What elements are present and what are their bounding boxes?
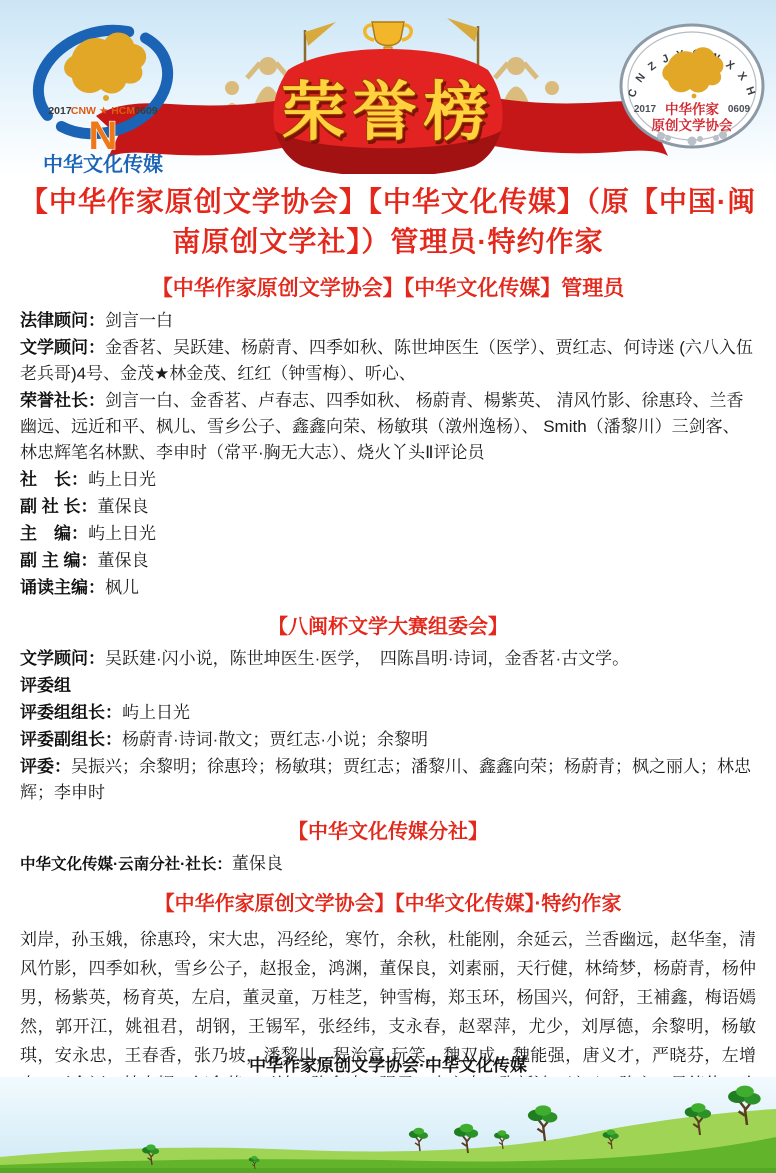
grass-strip — [0, 1168, 776, 1173]
admins-section: 法律顾问：剑言一白 文学顾问：金香茗、吴跃建、杨蔚青、四季如秋、陈世坤医生（医学… — [0, 304, 776, 601]
row-chief-editor: 主 编：屿上日光 — [20, 521, 756, 547]
row-honorary-presidents: 荣誉社长：剑言一白、金香茗、卢春志、四季如秋、 杨蔚青、楊紫英、 清风竹影、徐惠… — [20, 388, 756, 466]
row-label: 副 社 长： — [20, 497, 97, 516]
cnw-media-logo: 2017 CNW ★ HCM 0609 N 中华文化传媒 — [14, 18, 192, 176]
seal-org-line1: 中华作家 — [665, 101, 719, 117]
row-label: 社 长： — [20, 470, 88, 489]
section-heading-contracted-writers: 【中华作家原创文学协会】【中华文化传媒】·特约作家 — [0, 887, 776, 916]
page-title: 【中华作家原创文学协会】【中华文化传媒】（原【中国·闽南原创文学社】）管理员·特… — [6, 182, 770, 262]
row-value: 屿上日光 — [88, 470, 156, 489]
row-label: 荣誉社长： — [20, 391, 105, 410]
row-judges: 评委：吴振兴；余黎明；徐惠玲；杨敏琪；贾红志；潘黎川、鑫鑫向荣；杨蔚青；枫之丽人… — [20, 754, 756, 806]
row-value: 吴振兴；余黎明；徐惠玲；杨敏琪；贾红志；潘黎川、鑫鑫向荣；杨蔚青；枫之丽人；林忠… — [20, 757, 751, 802]
contest-committee-section: 文学顾问：吴跃建·闪小说，陈世坤医生·医学， 四陈昌明·诗词，金香茗·古文学。 … — [0, 642, 776, 806]
seal-org-line2: 原创文学协会 — [652, 117, 733, 133]
row-label: 副 主 编： — [20, 551, 97, 570]
row-recitation-editor: 诵读主编：枫儿 — [20, 575, 756, 601]
footer-org-line: 中华作家原创文学协会·中华文化传媒 — [0, 1051, 776, 1076]
row-value: 董保良 — [97, 551, 148, 570]
association-seal: C N Z J Y C W X X H 2017 0609 中华作家 原创文学协… — [616, 22, 768, 154]
logo-letter-n: N — [89, 114, 118, 158]
row-label: 评委组 — [20, 676, 71, 695]
row-judges-group: 评委组 — [20, 673, 756, 699]
row-label: 文学顾问： — [20, 338, 105, 357]
row-value: 金香茗、吴跃建、杨蔚青、四季如秋、陈世坤医生（医学）、贾红志、何诗迷 (六八入伍… — [20, 338, 753, 383]
row-value: 吴跃建·闪小说，陈世坤医生·医学， 四陈昌明·诗词，金香茗·古文学。 — [105, 649, 629, 668]
row-label: 诵读主编： — [20, 578, 105, 597]
honor-roll-poster: 荣誉榜 2017 CNW ★ HCM 0609 N 中华文化传媒 C N Z J… — [0, 0, 776, 1173]
row-judges-deputy-leaders: 评委副组长：杨蔚青·诗词·散文；贾红志·小说；余黎明 — [20, 727, 756, 753]
row-value: 董保良 — [232, 854, 283, 873]
row-value: 杨蔚青·诗词·散文；贾红志·小说；余黎明 — [122, 730, 428, 749]
row-label: 中华文化传媒·云南分社·社长： — [20, 856, 232, 873]
row-label: 评委副组长： — [20, 730, 122, 749]
row-judges-group-leader: 评委组组长：屿上日光 — [20, 700, 756, 726]
header-banner: 荣誉榜 2017 CNW ★ HCM 0609 N 中华文化传媒 C N Z J… — [0, 0, 776, 178]
section-heading-contest-committee: 【八闽杯文学大赛组委会】 — [0, 610, 776, 639]
row-label: 主 编： — [20, 524, 88, 543]
logo-year-right: 0609 — [134, 105, 158, 117]
row-vice-president: 副 社 长：董保良 — [20, 494, 756, 520]
row-value: 屿上日光 — [122, 703, 190, 722]
landscape-footer-graphic — [0, 1077, 776, 1173]
row-value: 剑言一白、金香茗、卢春志、四季如秋、 杨蔚青、楊紫英、 清风竹影、徐惠玲、兰香幽… — [20, 391, 743, 462]
row-value: 枫儿 — [105, 578, 139, 597]
row-label: 评委组组长： — [20, 703, 122, 722]
row-yunnan-branch-president: 中华文化传媒·云南分社·社长：董保良 — [20, 851, 756, 878]
row-deputy-chief-editor: 副 主 编：董保良 — [20, 548, 756, 574]
banner-title: 荣誉榜 — [282, 76, 495, 148]
row-literary-advisors: 文学顾问：金香茗、吴跃建、杨蔚青、四季如秋、陈世坤医生（医学）、贾红志、何诗迷 … — [20, 335, 756, 387]
section-heading-branches: 【中华文化传媒分社】 — [0, 815, 776, 844]
row-committee-literary-advisors: 文学顾问：吴跃建·闪小说，陈世坤医生·医学， 四陈昌明·诗词，金香茗·古文学。 — [20, 646, 756, 672]
row-value: 董保良 — [97, 497, 148, 516]
logo-org-name: 中华文化传媒 — [43, 152, 164, 176]
seal-year-right: 0609 — [728, 104, 751, 115]
row-label: 法律顾问： — [20, 311, 105, 330]
row-legal-advisor: 法律顾问：剑言一白 — [20, 308, 756, 334]
row-label: 评委： — [20, 757, 71, 776]
section-heading-admins: 【中华作家原创文学协会】【中华文化传媒】管理员 — [0, 272, 776, 302]
branches-section: 中华文化传媒·云南分社·社长：董保良 — [0, 847, 776, 878]
row-label: 文学顾问： — [20, 649, 105, 668]
row-value: 剑言一白 — [105, 311, 173, 330]
row-value: 屿上日光 — [88, 524, 156, 543]
seal-year-left: 2017 — [634, 104, 657, 115]
logo-year-left: 2017 — [48, 105, 72, 117]
row-president: 社 长：屿上日光 — [20, 467, 756, 493]
